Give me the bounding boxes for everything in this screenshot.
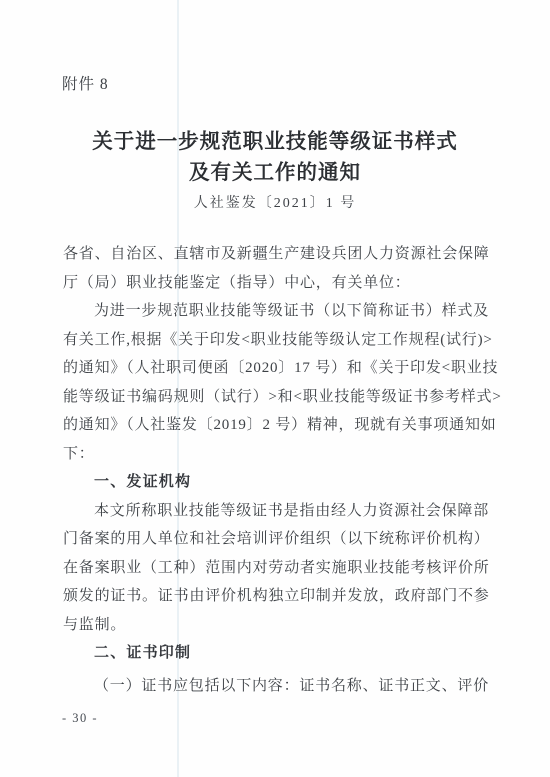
body-line: 为进一步规范职业技能等级证书（以下简称证书）样式及 (63, 297, 493, 326)
body-line: 颁发的证书。证书由评价机构独立印制并发放，政府部门不参 (63, 582, 493, 611)
body-line: 门备案的用人单位和社会培训评价组织（以下统称评价机构） (63, 525, 493, 554)
page-number: - 30 - (62, 711, 98, 726)
body-line: 有关工作,根据《关于印发<职业技能等级认定工作规程(试行)> (63, 326, 493, 355)
body-line: 各省、自治区、直辖市及新疆生产建设兵团人力资源社会保障 (63, 240, 493, 269)
document-number: 人社鉴发〔2021〕1 号 (0, 192, 550, 212)
attachment-label: 附件 8 (62, 72, 109, 94)
body-line: 本文所称职业技能等级证书是指由经人力资源社会保障部 (63, 497, 493, 526)
document-body: 各省、自治区、直辖市及新疆生产建设兵团人力资源社会保障厅（局）职业技能鉴定（指导… (63, 240, 493, 700)
body-line: 的通知》（人社鉴发〔2019〕2 号）精神，现就有关事项通知如 (63, 411, 493, 440)
body-line: 能等级证书编码规则（试行）>和<职业技能等级证书参考样式> (63, 383, 493, 412)
document-title: 关于进一步规范职业技能等级证书样式 及有关工作的通知 (0, 127, 550, 189)
body-line: （一）证书应包括以下内容：证书名称、证书正文、评价 (63, 672, 493, 701)
body-heading-line: 一、发证机构 (63, 468, 493, 497)
body-line: 在备案职业（工种）范围内对劳动者实施职业技能考核评价所 (63, 554, 493, 583)
body-heading-line: 二、证书印制 (63, 639, 493, 668)
body-line: 与监制。 (63, 611, 493, 640)
body-line: 下： (63, 440, 493, 469)
scanned-document-page: 附件 8 关于进一步规范职业技能等级证书样式 及有关工作的通知 人社鉴发〔202… (0, 0, 550, 777)
document-title-line-2: 及有关工作的通知 (0, 158, 550, 189)
body-line: 的通知》（人社职司便函〔2020〕17 号）和《关于印发<职业技 (63, 354, 493, 383)
body-line: 厅（局）职业技能鉴定（指导）中心，有关单位： (63, 269, 493, 298)
document-title-line-1: 关于进一步规范职业技能等级证书样式 (0, 127, 550, 158)
